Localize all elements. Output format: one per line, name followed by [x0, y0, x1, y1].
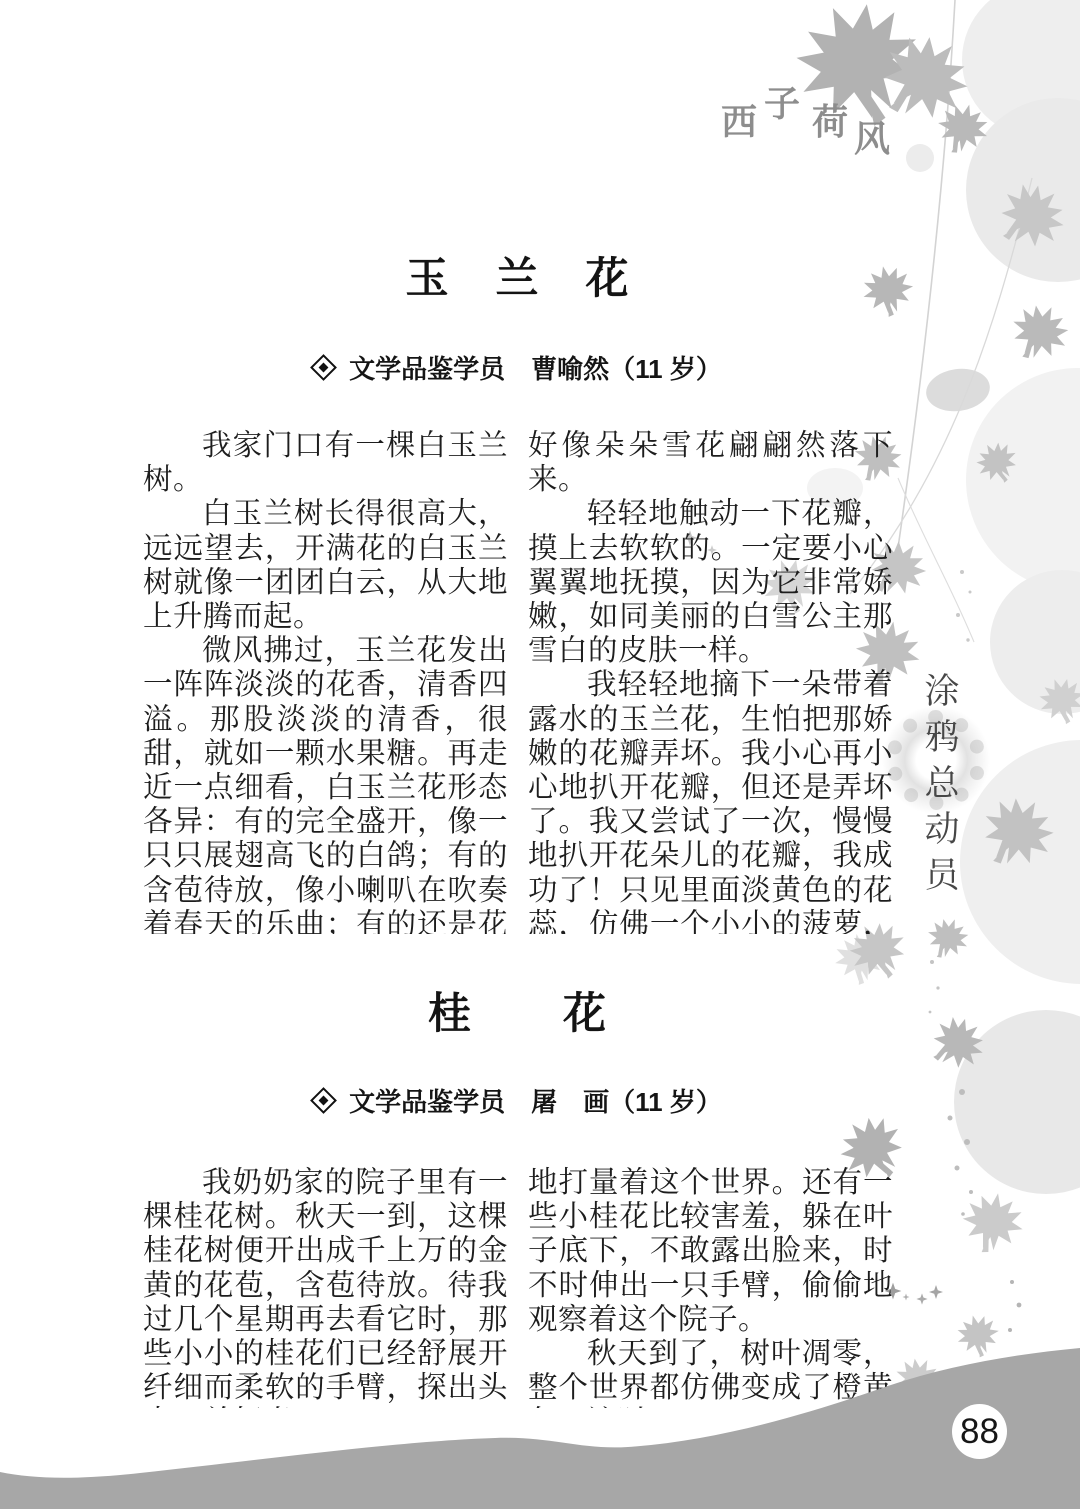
essay-magnolia: 玉 兰 花 文学品鉴学员 曹喻然（11 岁） 我家门口有一棵白玉兰树。 白玉兰树…	[143, 245, 893, 934]
page-number-badge: 88	[952, 1404, 1007, 1459]
soft-circle	[906, 144, 934, 172]
logo-char: 风	[854, 121, 890, 157]
soft-circle	[962, 0, 1080, 138]
essay-body: 我家门口有一棵白玉兰树。 白玉兰树长得很高大，远远望去，开满花的白玉兰树就像一团…	[143, 429, 893, 934]
paragraph: 微风拂过，玉兰花发出一阵阵淡淡的花香，清香四溢。那股淡淡的清香，很甜，就如一颗水…	[143, 634, 508, 934]
soft-blob	[923, 365, 992, 415]
swoosh-curve	[898, 478, 974, 642]
soft-circle	[966, 98, 1080, 282]
page-number: 88	[960, 1412, 999, 1452]
column-feature-title: 涂鸦总动员	[914, 672, 964, 902]
paragraph: 我轻轻地摘下一朵带着露水的玉兰花，生怕把那娇嫩的花瓣弄坏。我小心再小心地扒开花瓣…	[528, 668, 893, 934]
maple-leaf-icon	[984, 170, 1078, 264]
logo-char: 西	[721, 104, 757, 140]
byline-text: 文学品鉴学员 曹喻然（11 岁）	[349, 349, 722, 386]
paragraph: 白玉兰树长得很高大，远远望去，开满花的白玉兰树就像一团团白云，从大地上升腾而起。	[143, 497, 508, 634]
maple-leaf-icon	[958, 1188, 1028, 1258]
diamond-bullet-icon	[310, 1087, 337, 1114]
logo-char: 子	[764, 86, 800, 122]
byline-text: 文学品鉴学员 屠 画（11 岁）	[349, 1082, 722, 1119]
logo-char: 荷	[812, 104, 848, 140]
essay-byline: 文学品鉴学员 曹喻然（11 岁）	[143, 349, 893, 386]
footer-wave	[0, 1289, 1080, 1509]
essay-title: 桂 花	[143, 980, 893, 1041]
dot-trail	[956, 570, 972, 642]
text-column-left: 我家门口有一棵白玉兰树。 白玉兰树长得很高大，远远望去，开满花的白玉兰树就像一团…	[143, 429, 508, 934]
diamond-bullet-icon	[310, 354, 337, 381]
essay-byline: 文学品鉴学员 屠 画（11 岁）	[143, 1082, 893, 1119]
paragraph: 好像朵朵雪花翩翩然落下来。	[528, 429, 893, 497]
soft-circle	[966, 368, 1080, 592]
paragraph: 我家门口有一棵白玉兰树。	[143, 429, 508, 497]
dot-trail	[948, 1089, 974, 1216]
text-column-right: 好像朵朵雪花翩翩然落下来。 轻轻地触动一下花瓣，摸上去软软的。一定要小心翼翼地抚…	[528, 429, 893, 934]
maple-leaf-icon	[969, 435, 1026, 492]
essay-title: 玉 兰 花	[143, 245, 893, 306]
paragraph: 轻轻地触动一下花瓣，摸上去软软的。一定要小心翼翼地抚摸，因为它非常娇嫩，如同美丽…	[528, 497, 893, 668]
maple-leaf-icon	[1002, 295, 1078, 371]
maple-leaf-icon	[932, 98, 994, 160]
swoosh-curve	[898, 0, 955, 548]
magazine-page: 西 子 荷 风 涂鸦总动员 玉 兰 花 文学品鉴学员 曹喻然（11 岁） 我家门…	[0, 0, 1080, 1509]
